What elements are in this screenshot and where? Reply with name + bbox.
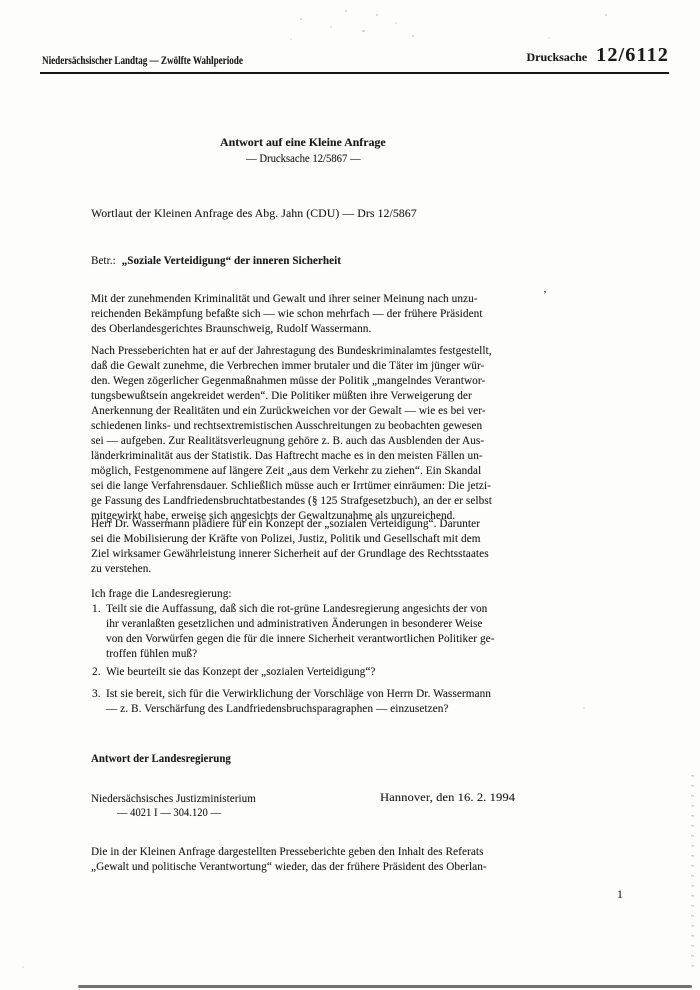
paragraph-1: Mit der zunehmenden Kriminalität und Gew… <box>91 292 542 337</box>
text-line: Herr Dr. Wassermann plädiere für ein Kon… <box>91 517 542 532</box>
document-title: Antwort auf eine Kleine Anfrage — Drucks… <box>91 135 515 167</box>
scan-edge-artifact <box>78 985 692 988</box>
subject-fit: Betr.:„Soziale Verteidigung“ der inneren… <box>91 254 341 269</box>
scan-noise-speck <box>583 707 585 709</box>
paragraph-3: Herr Dr. Wassermann plädiere für ein Kon… <box>91 517 542 577</box>
place-date-text: Hannover, den 16. 2. 1994 <box>380 792 515 804</box>
intro-text: Wortlaut der Kleinen Anfrage des Abg. Ja… <box>91 207 417 222</box>
text-line: zu verstehen. <box>91 562 542 577</box>
document-page: Niedersächsischer Landtag — Zwölfte Wahl… <box>0 0 700 990</box>
answer-body-paragraph: Die in der Kleinen Anfrage dargestellten… <box>91 845 542 875</box>
question-item-3: 3. Ist sie bereit, sich für die Verwirkl… <box>91 687 542 717</box>
question-lines: Wie beurteilt sie das Konzept der „sozia… <box>106 665 542 680</box>
scan-edge-noise <box>691 775 694 975</box>
text-line: daß die Gewalt zunehme, die Verbrechen i… <box>91 359 542 374</box>
title-line2: — Drucksache 12/5867 — <box>246 151 361 167</box>
text-line: ge Fassung des Landfriedensbruchtatbesta… <box>91 494 542 509</box>
scan-noise-speck <box>330 26 332 28</box>
text-line: Wie beurteilt sie das Konzept der „sozia… <box>106 665 542 680</box>
question-lines: Teilt sie die Auffassung, daß sich die r… <box>106 602 542 662</box>
paragraph-2: Nach Presseberichten hat er auf der Jahr… <box>91 344 542 524</box>
question-lines: Ist sie bereit, sich für die Verwirklich… <box>106 687 542 717</box>
text-line: Anerkennung der Realitäten und ein Zurüc… <box>91 404 542 419</box>
text-line: troffen fühlen muß? <box>106 647 542 662</box>
text-line: Ziel wirksamer Gewährleistung innerer Si… <box>91 547 542 562</box>
text-line: möglich, Festgenommene auf längere Zeit … <box>91 464 542 479</box>
scan-noise-speck <box>395 22 397 24</box>
text-line: von den Vorwürfen gegen die für die inne… <box>106 632 542 647</box>
scan-noise-speck <box>412 35 414 37</box>
scan-noise-speck <box>548 37 550 39</box>
page-number: 1 <box>617 889 623 901</box>
text-line: ihr veranlaßten gesetzlichen und adminis… <box>106 617 542 632</box>
question-item-2: 2. Wie beurteilt sie das Konzept der „so… <box>91 665 542 680</box>
subject-text: „Soziale Verteidigung“ der inneren Siche… <box>122 255 341 267</box>
title-line1: Antwort auf eine Kleine Anfrage <box>220 135 386 151</box>
question-number: 1. <box>92 602 101 617</box>
scan-noise-speck <box>290 38 292 40</box>
scan-noise-speck <box>22 966 24 968</box>
text-line: des Oberlandesgerichtes Braunschweig, Ru… <box>91 322 542 337</box>
text-line: sei die Mobilisierung der Kräfte von Pol… <box>91 532 542 547</box>
answer-heading: Antwort der Landesregierung <box>91 752 542 767</box>
answer-heading-text: Antwort der Landesregierung <box>91 752 231 767</box>
subject-line: Betr.:„Soziale Verteidigung“ der inneren… <box>91 254 542 269</box>
text-line: schiedenen links- und rechtsextremistisc… <box>91 419 542 434</box>
scan-noise-speck <box>345 10 347 12</box>
header-document-id: Drucksache 12/6112 <box>526 44 669 67</box>
question-intro: Ich frage die Landesregierung: <box>91 587 542 602</box>
text-line: Teilt sie die Auffassung, daß sich die r… <box>106 602 542 617</box>
text-line: Nach Presseberichten hat er auf der Jahr… <box>91 344 542 359</box>
file-reference: — 4021 I — 304.120 — <box>117 807 229 819</box>
scan-stray-mark: ’ <box>543 289 547 301</box>
text-line: sei die lange Verfahrensdauer. Schließli… <box>91 479 542 494</box>
scan-noise-speck <box>376 14 378 16</box>
place-date: Hannover, den 16. 2. 1994 <box>380 792 501 804</box>
question-number: 3. <box>92 687 101 702</box>
header-legislature-text: Niedersächsischer Landtag — Zwölfte Wahl… <box>42 55 243 67</box>
question-number: 2. <box>92 665 101 680</box>
drucksache-label: Drucksache <box>526 50 587 65</box>
header-rule <box>40 72 669 74</box>
text-line: sei — aufgeben. Zur Realitätsverleugnung… <box>91 434 542 449</box>
ministry-text: Niedersächsisches Justizministerium <box>91 792 256 807</box>
scan-noise-speck <box>300 18 302 20</box>
text-line: reichenden Bekämpfung befaßte sich — wie… <box>91 307 542 322</box>
file-reference-text: — 4021 I — 304.120 — <box>117 807 221 819</box>
text-line: „Gewalt und politische Verantwortung“ wi… <box>91 860 542 875</box>
drucksache-number: 12/6112 <box>596 44 669 67</box>
subject-label: Betr.: <box>91 255 116 267</box>
text-line: tungsbewußtsein angekreidet werden“. Die… <box>91 389 542 404</box>
question-text-source-line: Wortlaut der Kleinen Anfrage des Abg. Ja… <box>91 207 542 222</box>
header-legislature-title: Niedersächsischer Landtag — Zwölfte Wahl… <box>42 55 296 67</box>
scan-noise-speck <box>362 30 365 32</box>
text-line: Die in der Kleinen Anfrage dargestellten… <box>91 845 542 860</box>
text-line: Mit der zunehmenden Kriminalität und Gew… <box>91 292 542 307</box>
scan-noise-speck <box>605 14 607 16</box>
question-item-1: 1. Teilt sie die Auffassung, daß sich di… <box>91 602 542 662</box>
text-line: länderkriminalität aus der Statistik. Da… <box>91 449 542 464</box>
text-line: Ist sie bereit, sich für die Verwirklich… <box>106 687 542 702</box>
text-line: den. Wegen zögerlicher Gegenmaßnahmen mü… <box>91 374 542 389</box>
text-line: — z. B. Verschärfung des Landfriedensbru… <box>106 702 542 717</box>
